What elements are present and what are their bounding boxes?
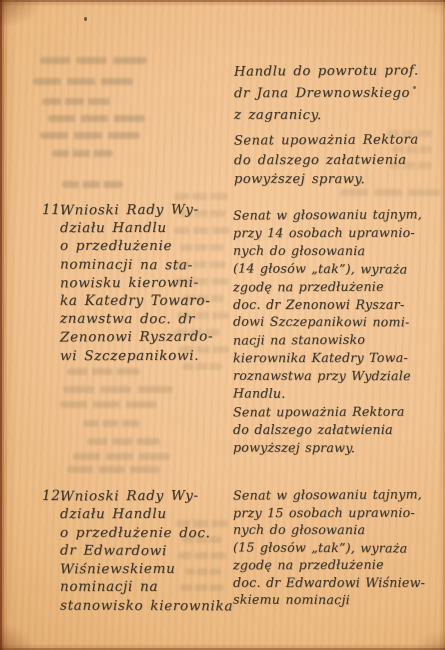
handwritten-line: do dalszego załatwienia: [234, 150, 419, 170]
paragraph-vote-item-12: Senat w głosowaniu tajnym,przy 15 osobac…: [233, 486, 425, 609]
handwritten-line: nacji na stanowisko: [233, 331, 422, 350]
scanned-page: 11. Wnioski Rady Wy-działu Handluo przed…: [0, 0, 445, 650]
handwritten-line: działu Handlu: [60, 219, 213, 238]
handwritten-line: (15 głosów „tak”), wyraża: [233, 538, 425, 557]
bleedthrough-line: [52, 150, 113, 157]
handwritten-line: Senat w głosowaniu tajnym,: [233, 485, 425, 504]
handwritten-line: działu Handlu: [60, 505, 233, 524]
bleedthrough-line: [67, 466, 160, 473]
handwritten-line: powyższej sprawy.: [233, 438, 422, 457]
handwritten-line: ka Katedry Towaro-: [60, 292, 213, 310]
paragraph-vote-item-11: Senat w głosowaniu tajnym,przy 14 osobac…: [233, 206, 422, 457]
handwritten-line: kierownika Katedry Towa-: [233, 349, 422, 367]
handwritten-line: doc. dr Zenonowi Ryszar-: [233, 296, 422, 314]
bleedthrough-line: [60, 401, 157, 408]
handwritten-line: Handlu do powrotu prof.: [234, 60, 419, 83]
handwritten-line: Zenonowi Ryszardo-: [60, 328, 213, 347]
paragraph-senate-authorisation: Senat upoważnia Rektorado dalszego załat…: [234, 131, 419, 190]
handwritten-line: nominacji na: [60, 578, 233, 596]
handwritten-line: nych do głosowania: [233, 242, 422, 260]
handwritten-line: (14 głosów „tak”), wyraża: [233, 259, 422, 278]
handwritten-line: dowi Szczepanikowi nomi-: [233, 313, 422, 332]
handwritten-line: nych do głosowania: [233, 521, 425, 539]
bleedthrough-line: [340, 189, 440, 196]
bleedthrough-line: [83, 420, 140, 427]
handwritten-line: przy 15 osobach uprawnio-: [233, 503, 425, 521]
handwritten-line: skiemu nominacji: [233, 591, 425, 609]
bleedthrough-line: [33, 78, 133, 85]
bleedthrough-line: [42, 98, 110, 105]
handwritten-line: znawstwa doc. dr: [60, 310, 213, 329]
handwritten-line: Senat upoważnia Rektora: [233, 403, 422, 422]
handwritten-line: zgodę na przedłużenie: [233, 277, 422, 296]
ink-speck: [84, 17, 87, 21]
handwritten-line: Wnioski Rady Wy-: [60, 201, 213, 220]
handwritten-line: doc. dr Edwardowi Wiśniew-: [233, 574, 425, 592]
handwritten-line: do dalszego załatwienia: [233, 421, 422, 439]
bleedthrough-line: [73, 453, 170, 460]
bleedthrough-text-block: [60, 368, 173, 473]
bleedthrough-text-block: [340, 189, 440, 196]
bleedthrough-line: [62, 181, 123, 188]
bleedthrough-line: [40, 132, 140, 139]
handwritten-line: wi Szczepanikowi.: [60, 346, 213, 365]
bleedthrough-line: [174, 193, 228, 200]
handwritten-line: Wiśniewskiemu: [60, 560, 233, 579]
handwritten-line: zgodę na przedłużenie: [233, 556, 425, 574]
handwritten-line: Senat w głosowaniu tajnym,: [233, 205, 422, 224]
bleedthrough-line: [63, 386, 173, 393]
handwritten-line: Handlu.: [233, 384, 422, 403]
bleedthrough-text-block: [33, 57, 147, 188]
handwritten-line: powyższej sprawy.: [234, 170, 419, 190]
bleedthrough-line: [48, 115, 145, 122]
handwritten-line: stanowisko kierownika: [60, 596, 233, 615]
bleedthrough-line: [67, 368, 140, 375]
agenda-item-11: 11. Wnioski Rady Wy-działu Handluo przed…: [42, 201, 213, 365]
handwritten-line: dr Edwardowi: [60, 541, 233, 560]
agenda-item-12: 12. Wnioski Rady Wy-działu Handluo przed…: [42, 487, 233, 615]
handwritten-line: dr Jana Drewnowskiego: [234, 83, 419, 105]
item-text: Wnioski Rady Wy-działu Handluo przedłuże…: [42, 201, 213, 365]
handwritten-line: przy 14 osobach uprawnio-: [233, 224, 422, 242]
handwritten-line: roznawstwa przy Wydziale: [233, 367, 422, 385]
bleedthrough-line: [40, 57, 147, 64]
handwritten-line: o przedłużenie doc.: [60, 523, 233, 542]
handwritten-line: Wnioski Rady Wy-: [60, 486, 233, 505]
handwritten-line: z zagranicy.: [234, 105, 419, 127]
handwritten-line: nominacji na sta-: [60, 255, 213, 274]
handwritten-line: nowisku kierowni-: [60, 273, 213, 292]
paragraph-continuation: Handlu do powrotu prof.dr Jana Drewnowsk…: [234, 61, 419, 127]
item-text: Wnioski Rady Wy-działu Handluo przedłuże…: [42, 487, 233, 615]
handwritten-line: o przedłużenie: [60, 237, 213, 256]
handwritten-line: Senat upoważnia Rektora: [234, 130, 419, 151]
bleedthrough-line: [87, 438, 160, 445]
